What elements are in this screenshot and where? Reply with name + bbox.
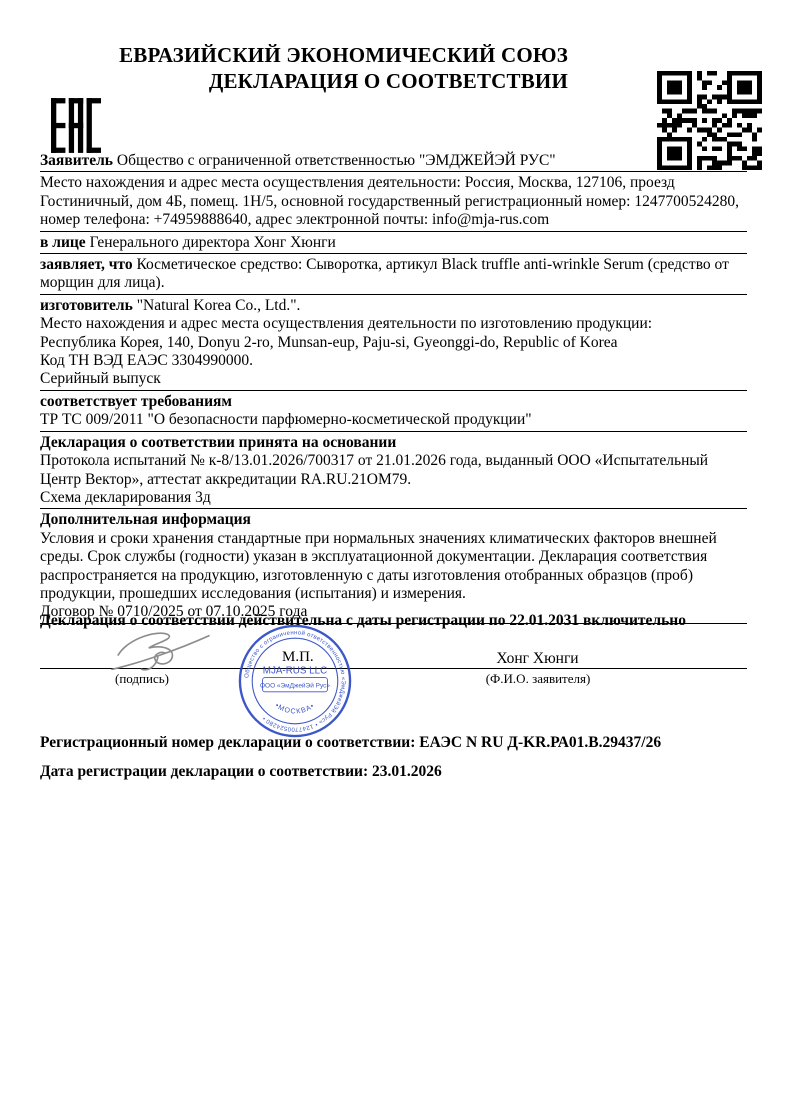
signature-icon	[110, 627, 212, 675]
additional-info-value: Условия и сроки хранения стандартные при…	[40, 530, 747, 604]
declaration-body: Заявитель Общество с ограниченной ответс…	[40, 152, 747, 626]
field-in-person: в лице Генерального директора Хонг Хюнги	[40, 234, 747, 254]
field-declares: заявляет, что Косметическое средство: Сы…	[40, 256, 747, 295]
document-title: ДЕКЛАРАЦИЯ О СООТВЕТСТВИИ	[40, 68, 568, 94]
applicant-value: Общество с ограниченной ответственностью…	[117, 152, 556, 169]
in-person-label: в лице	[40, 234, 86, 251]
registration-date: Дата регистрации декларации о соответств…	[40, 763, 747, 781]
applicant-label: Заявитель	[40, 152, 113, 169]
registration-date-value: 23.01.2026	[372, 763, 442, 780]
fio-caption: (Ф.И.О. заявителя)	[458, 670, 618, 688]
company-stamp-icon: Общество с ограниченной ответственностью…	[236, 622, 354, 740]
basis-label: Декларация о соответствии принята на осн…	[40, 434, 747, 452]
tnved-code: Код ТН ВЭД ЕАЭС 3304990000.	[40, 352, 747, 370]
field-manufacturer: изготовитель "Natural Korea Co., Ltd.".	[40, 297, 747, 315]
stamp-ring-text: Общество с ограниченной ответственностью…	[244, 630, 345, 732]
stamp-company-cyrillic: ООО «ЭмДжейЭй Рус»	[260, 682, 330, 690]
registration-number-label: Регистрационный номер декларации о соотв…	[40, 734, 415, 751]
declares-value: Косметическое средство: Сыворотка, артик…	[40, 256, 729, 291]
additional-info-label: Дополнительная информация	[40, 511, 747, 529]
conformity-value: ТР ТС 009/2011 "О безопасности парфюмерн…	[40, 411, 747, 431]
union-title: ЕВРАЗИЙСКИЙ ЭКОНОМИЧЕСКИЙ СОЮЗ	[40, 42, 568, 68]
manufacturer-label: изготовитель	[40, 297, 133, 314]
manufacturer-address: Республика Корея, 140, Donyu 2-ro, Munsa…	[40, 334, 747, 352]
declares-label: заявляет, что	[40, 256, 133, 273]
document-title-block: ЕВРАЗИЙСКИЙ ЭКОНОМИЧЕСКИЙ СОЮЗ ДЕКЛАРАЦИ…	[40, 42, 568, 94]
eac-mark-icon	[51, 97, 101, 154]
signer-name: Хонг Хюнги	[460, 650, 615, 668]
registration-number: Регистрационный номер декларации о соотв…	[40, 734, 747, 752]
stamp-city: •МОСКВА•	[274, 702, 317, 716]
field-applicant: Заявитель Общество с ограниченной ответс…	[40, 152, 747, 172]
conformity-label: соответствует требованиям	[40, 393, 747, 411]
stamp-company-latin: MJA-RUS LLC	[263, 666, 327, 677]
field-applicant-address: Место нахождения и адрес места осуществл…	[40, 174, 747, 231]
release-type: Серийный выпуск	[40, 370, 747, 390]
declaration-document: ЕВРАЗИЙСКИЙ ЭКОНОМИЧЕСКИЙ СОЮЗ ДЕКЛАРАЦИ…	[0, 0, 787, 1118]
basis-value: Протокола испытаний № к-8/13.01.2026/700…	[40, 452, 747, 489]
registration-number-value: ЕАЭС N RU Д-KR.РА01.В.29437/26	[419, 734, 661, 751]
registration-date-label: Дата регистрации декларации о соответств…	[40, 763, 368, 780]
manufacturer-address-intro: Место нахождения и адрес места осуществл…	[40, 315, 747, 333]
in-person-value: Генерального директора Хонг Хюнги	[90, 234, 336, 251]
declaration-scheme: Схема декларирования 3д	[40, 489, 747, 509]
manufacturer-value: "Natural Korea Co., Ltd.".	[137, 297, 301, 314]
